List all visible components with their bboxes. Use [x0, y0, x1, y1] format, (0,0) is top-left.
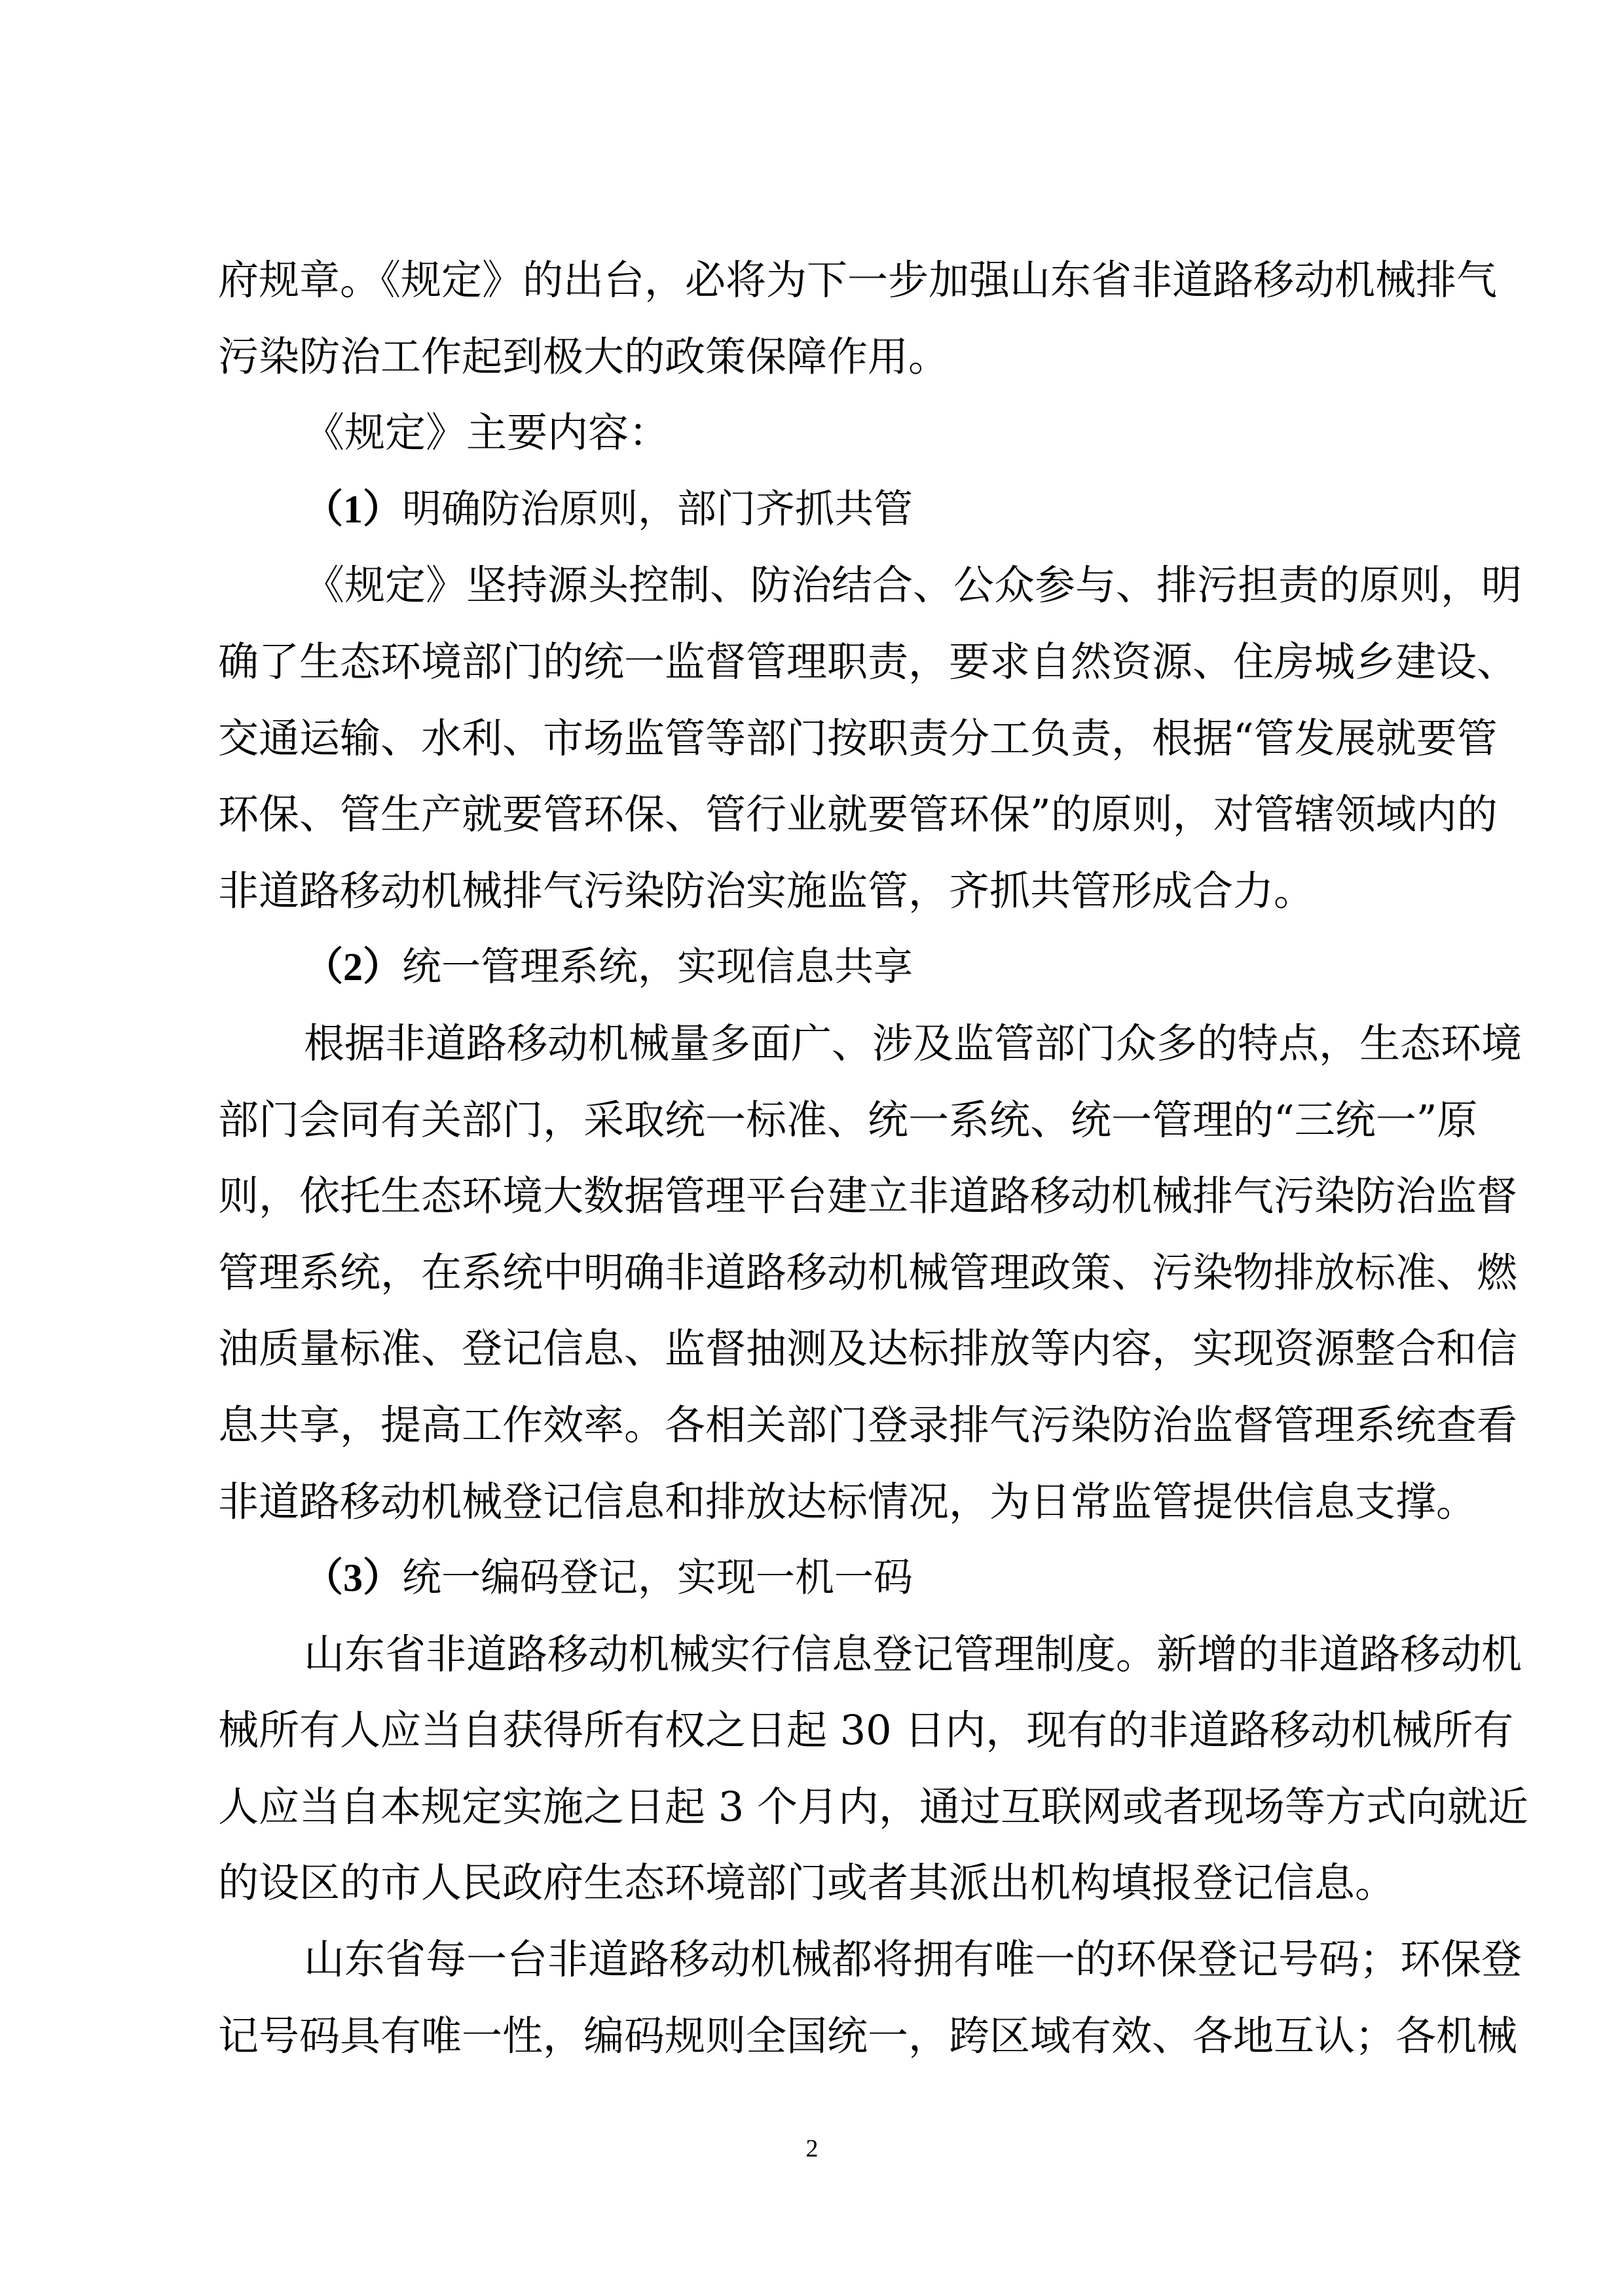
section-heading: （3）统一编码登记，实现一机一码: [218, 1552, 1423, 1628]
text-line: 污染防治工作起到极大的政策保障作用。: [218, 331, 1423, 407]
text-line: 人应当自本规定实施之日起 3 个月内，通过互联网或者现场等方式向就近: [218, 1781, 1423, 1857]
page-number: 2: [0, 2136, 1624, 2162]
paragraph: 府规章。《规定》的出台，必将为下一步加强山东省非道路移动机械排气 污染防治工作起…: [218, 254, 1423, 407]
text-line: 管理系统，在系统中明确非道路移动机械管理政策、污染物排放标准、燃: [218, 1247, 1423, 1323]
section-title: 明确防治原则，部门齐抓共管: [402, 486, 913, 532]
document-page: 府规章。《规定》的出台，必将为下一步加强山东省非道路移动机械排气 污染防治工作起…: [0, 0, 1624, 2296]
section-heading: （1）明确防治原则，部门齐抓共管: [218, 483, 1423, 560]
text-line: 交通运输、水利、市场监管等部门按职责分工负责，根据“管发展就要管: [218, 712, 1423, 789]
text-line: 息共享，提高工作效率。各相关部门登录排气污染防治监督管理系统查看: [218, 1399, 1423, 1476]
text-line: 山东省每一台非道路移动机械都将拥有唯一的环保登记号码；环保登: [218, 1933, 1423, 2010]
text-line: 《规定》坚持源头控制、防治结合、公众参与、排污担责的原则，明: [218, 559, 1423, 636]
text-line: 油质量标准、登记信息、监督抽测及达标排放等内容，实现资源整合和信: [218, 1322, 1423, 1399]
text-line: 确了生态环境部门的统一监督管理职责，要求自然资源、住房城乡建设、: [218, 636, 1423, 712]
paragraph: 山东省非道路移动机械实行信息登记管理制度。新增的非道路移动机 械所有人应当自获得…: [218, 1628, 1423, 1933]
section-heading: （2）统一管理系统，实现信息共享: [218, 941, 1423, 1017]
paragraph: 《规定》主要内容：: [218, 407, 1423, 483]
section-title: 统一管理系统，实现信息共享: [402, 944, 913, 990]
section-number: （2）: [304, 945, 402, 989]
text-line: 根据非道路移动机械量多面广、涉及监管部门众多的特点，生态环境: [218, 1017, 1423, 1094]
text-line: 府规章。《规定》的出台，必将为下一步加强山东省非道路移动机械排气: [218, 254, 1423, 331]
document-body: 府规章。《规定》的出台，必将为下一步加强山东省非道路移动机械排气 污染防治工作起…: [218, 254, 1423, 2086]
text-line: 《规定》主要内容：: [218, 407, 1423, 483]
text-line: 山东省非道路移动机械实行信息登记管理制度。新增的非道路移动机: [218, 1628, 1423, 1705]
text-line: 则，依托生态环境大数据管理平台建立非道路移动机械排气污染防治监督: [218, 1170, 1423, 1247]
text-line: 记号码具有唯一性，编码规则全国统一，跨区域有效、各地互认；各机械: [218, 2010, 1423, 2086]
section-number: （3）: [304, 1556, 402, 1599]
paragraph: 根据非道路移动机械量多面广、涉及监管部门众多的特点，生态环境 部门会同有关部门，…: [218, 1017, 1423, 1552]
paragraph: 山东省每一台非道路移动机械都将拥有唯一的环保登记号码；环保登 记号码具有唯一性，…: [218, 1933, 1423, 2086]
text-line: 械所有人应当自获得所有权之日起 30 日内，现有的非道路移动机械所有: [218, 1704, 1423, 1781]
text-line: 非道路移动机械排气污染防治实施监管，齐抓共管形成合力。: [218, 865, 1423, 941]
text-line: 的设区的市人民政府生态环境部门或者其派出机构填报登记信息。: [218, 1857, 1423, 1933]
paragraph: 《规定》坚持源头控制、防治结合、公众参与、排污担责的原则，明 确了生态环境部门的…: [218, 559, 1423, 941]
text-line: 部门会同有关部门，采取统一标准、统一系统、统一管理的“三统一”原: [218, 1094, 1423, 1171]
section-title: 统一编码登记，实现一机一码: [402, 1555, 913, 1601]
section-number: （1）: [304, 488, 402, 531]
text-line: 环保、管生产就要管环保、管行业就要管环保”的原则，对管辖领域内的: [218, 788, 1423, 865]
text-line: 非道路移动机械登记信息和排放达标情况，为日常监管提供信息支撑。: [218, 1476, 1423, 1552]
